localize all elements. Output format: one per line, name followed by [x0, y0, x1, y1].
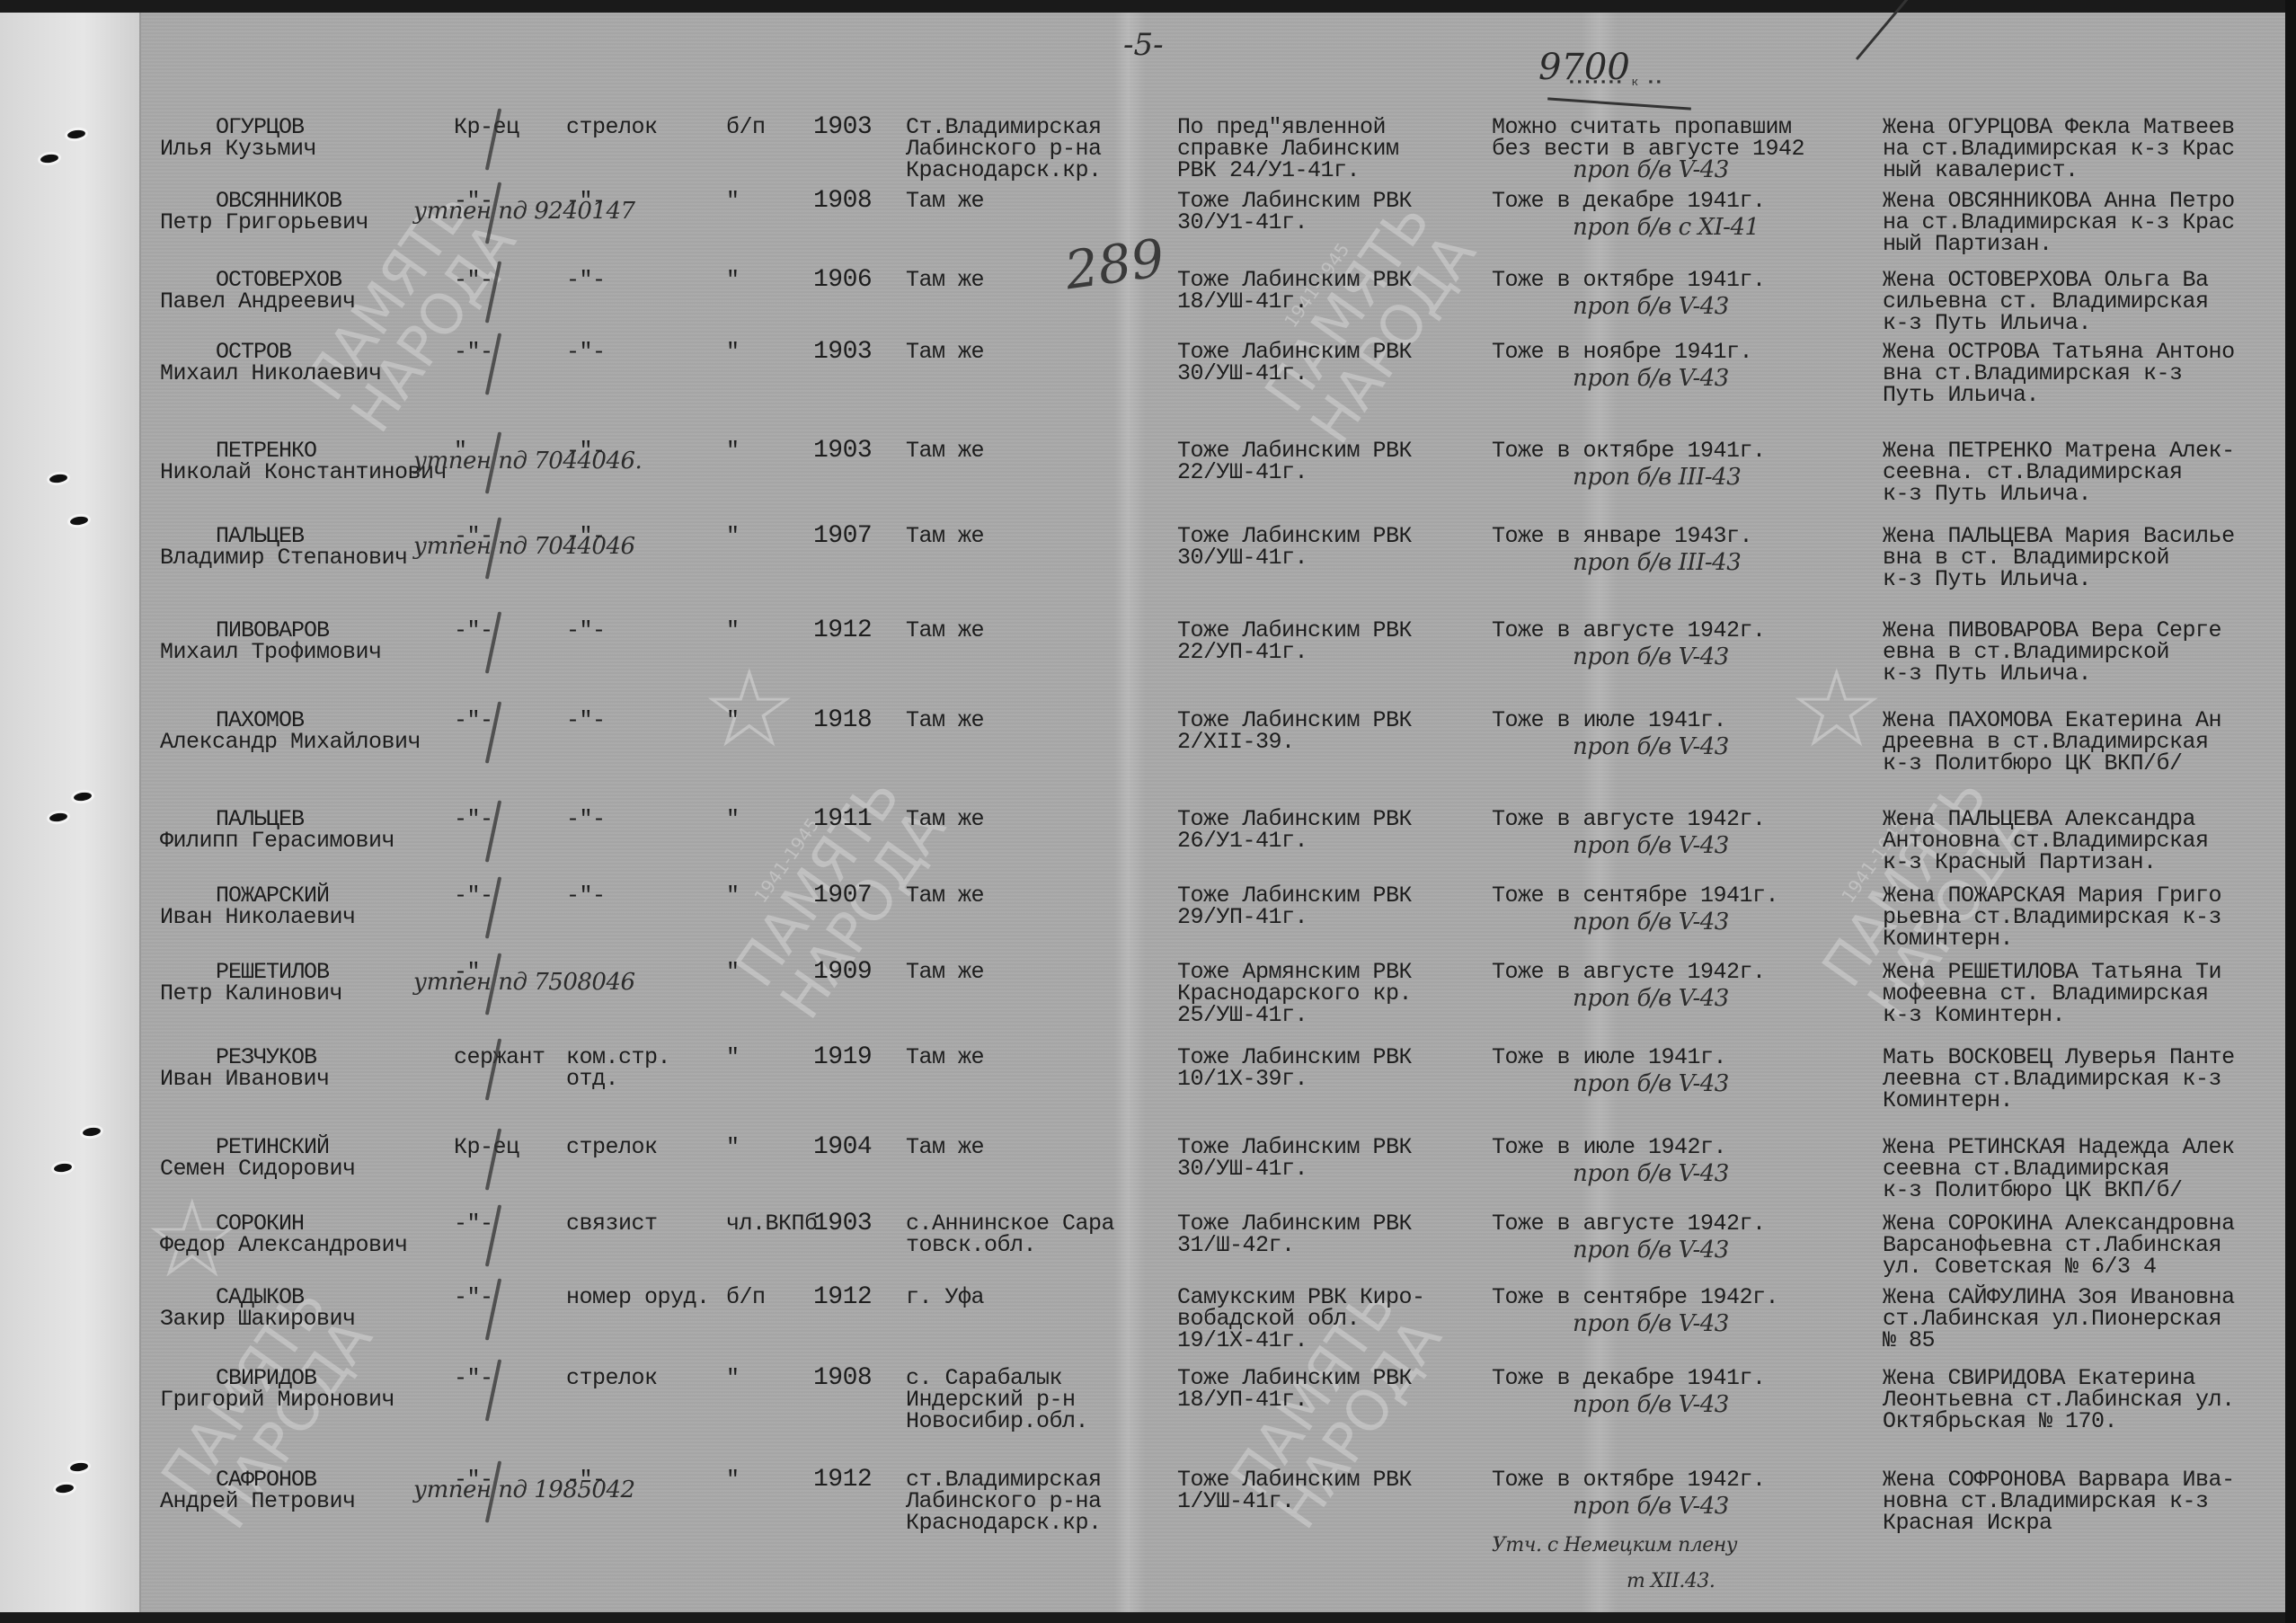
birth-year: 1907: [813, 885, 872, 907]
handwritten-annotation: т XII.43.: [1627, 1570, 1715, 1592]
party-membership: ": [726, 962, 740, 983]
given-names: Петр Григорьевич: [160, 212, 368, 234]
party-membership: ": [726, 620, 740, 642]
enlisted-by-line: 25/УШ-41г.: [1177, 1005, 1308, 1026]
position: стрелок: [566, 117, 658, 138]
handwritten-note: проп б/в V-43: [1573, 1237, 1729, 1264]
given-names: Андрей Петрович: [160, 1491, 356, 1512]
party-membership: ": [726, 710, 740, 732]
birthplace-line: Там же: [906, 1137, 984, 1158]
next-of-kin-line: к-з Путь Ильича.: [1883, 663, 2091, 685]
next-of-kin-line: к-з Путь Ильича.: [1883, 313, 2091, 334]
missing-since-line: Тоже в ноябре 1941г.: [1492, 341, 1752, 363]
rank: -"-: [454, 341, 493, 363]
enlisted-by-line: РВК 24/У1-41г.: [1177, 160, 1360, 182]
rank: сержант: [454, 1047, 545, 1069]
enlisted-by-line: 30/УШ-41г.: [1177, 547, 1308, 569]
party-membership: б/п: [726, 1287, 766, 1308]
rank: -"-: [454, 710, 493, 732]
position: стрелок: [566, 1137, 658, 1158]
given-names: Иван Николаевич: [160, 907, 356, 928]
scan-edge: [2285, 0, 2296, 1623]
rank: -"-: [454, 1287, 493, 1308]
given-names: Иван Иванович: [160, 1069, 330, 1090]
handwritten-note: проп б/в V-43: [1573, 293, 1729, 320]
position: -"-: [566, 809, 606, 830]
party-membership: ": [726, 526, 740, 547]
missing-since-line: Тоже в августе 1942г.: [1492, 1213, 1766, 1235]
handwritten-note: проп б/в V-43: [1573, 156, 1729, 183]
handwritten-note: проп б/в III-43: [1573, 549, 1741, 576]
missing-since-line: Тоже в августе 1942г.: [1492, 620, 1766, 642]
birth-year: 1911: [813, 809, 872, 830]
binding-margin: [0, 13, 141, 1612]
enlisted-by-line: 18/УП-41г.: [1177, 1389, 1308, 1411]
next-of-kin-line: ул. Советская № 6/3 4: [1883, 1256, 2157, 1278]
enlisted-by-line: 30/У1-41г.: [1177, 212, 1308, 234]
birth-year: 1912: [813, 620, 872, 642]
missing-since-line: Тоже в январе 1943г.: [1492, 526, 1752, 547]
enlisted-by-line: 29/УП-41г.: [1177, 907, 1308, 928]
rank: -"-: [454, 620, 493, 642]
birthplace-line: Краснодарск.кр.: [906, 1512, 1102, 1534]
handwritten-annotation: Утч. с Немецким плену: [1492, 1534, 1737, 1556]
birth-year: 1903: [813, 117, 872, 138]
handwritten-note: проп б/в с XI-41: [1573, 214, 1760, 241]
rank: -"-: [454, 270, 493, 291]
birthplace-line: товск.обл.: [906, 1235, 1036, 1256]
party-membership: ": [726, 885, 740, 907]
given-names: Петр Калинович: [160, 983, 342, 1005]
birth-year: 1903: [813, 440, 872, 462]
party-membership: ": [726, 341, 740, 363]
missing-since-line: Тоже в октябре 1941г.: [1492, 440, 1766, 462]
stamp-number: 9700: [1538, 47, 1630, 88]
handwritten-side-note: утпен пд 7508046: [413, 969, 635, 996]
position: -"-: [566, 270, 606, 291]
birth-year: 1919: [813, 1047, 872, 1069]
next-of-kin-line: Коминтерн.: [1883, 928, 2013, 950]
next-of-kin-line: к-з Политбюро ЦК ВКП/б/: [1883, 753, 2183, 775]
party-membership: ": [726, 1047, 740, 1069]
rank: Кр-ец: [454, 117, 519, 138]
rank: -"-: [454, 1368, 493, 1389]
position: ком.стр. отд.: [566, 1047, 670, 1090]
handwritten-note: проп б/в V-43: [1573, 643, 1729, 670]
birthplace-line: Там же: [906, 710, 984, 732]
birthplace-line: Там же: [906, 191, 984, 212]
birth-year: 1903: [813, 341, 872, 363]
given-names: Закир Шакирович: [160, 1308, 356, 1330]
handwritten-side-note: утпен пд 1985042: [413, 1477, 635, 1503]
next-of-kin-line: № 85: [1883, 1330, 1935, 1352]
birth-year: 1907: [813, 526, 872, 547]
party-membership: ": [726, 1469, 740, 1491]
party-membership: ": [726, 191, 740, 212]
rank: Кр-ец: [454, 1137, 519, 1158]
given-names: Григорий Миронович: [160, 1389, 394, 1411]
handwritten-note: проп б/в V-43: [1573, 733, 1729, 760]
enlisted-by-line: 2/XII-39.: [1177, 732, 1295, 753]
birth-year: 1903: [813, 1213, 872, 1235]
party-membership: ": [726, 270, 740, 291]
handwritten-note: проп б/в V-43: [1573, 832, 1729, 859]
birthplace-line: Там же: [906, 440, 984, 462]
handwritten-note: проп б/в V-43: [1573, 909, 1729, 936]
position: -"-: [566, 710, 606, 732]
missing-since-line: Тоже в октябре 1941г.: [1492, 270, 1766, 291]
given-names: Михаил Николаевич: [160, 363, 382, 385]
position: связист: [566, 1213, 658, 1235]
given-names: Владимир Степанович: [160, 547, 408, 569]
missing-since-line: Тоже в декабре 1941г.: [1492, 1368, 1766, 1389]
enlisted-by-line: 26/У1-41г.: [1177, 830, 1308, 852]
enlisted-by-line: 1/УШ-41г.: [1177, 1491, 1295, 1512]
position: стрелок: [566, 1368, 658, 1389]
enlisted-by-line: 22/УШ-41г.: [1177, 462, 1308, 483]
party-membership: ": [726, 1368, 740, 1389]
handwritten-note: проп б/в V-43: [1573, 1070, 1729, 1097]
party-membership: б/п: [726, 117, 766, 138]
birthplace-line: Там же: [906, 809, 984, 830]
handwritten-side-note: утпен пд 9240147: [413, 198, 635, 225]
missing-since-line: Тоже в сентябре 1941г.: [1492, 885, 1778, 907]
birthplace-line: Там же: [906, 1047, 984, 1069]
birthplace-line: Там же: [906, 885, 984, 907]
next-of-kin-line: Коминтерн.: [1883, 1090, 2013, 1112]
given-names: Михаил Трофимович: [160, 642, 382, 663]
position: номер оруд.: [566, 1287, 710, 1308]
birthplace-line: Там же: [906, 341, 984, 363]
handwritten-side-note: утпен пд 7044046.: [413, 448, 642, 474]
enlisted-by-line: 10/1X-39г.: [1177, 1069, 1308, 1090]
handwritten-note: проп б/в V-43: [1573, 985, 1729, 1012]
missing-since-line: Тоже в июле 1942г.: [1492, 1137, 1726, 1158]
missing-since-line: Тоже в июле 1941г.: [1492, 1047, 1726, 1069]
next-of-kin-line: к-з Политбюро ЦК ВКП/б/: [1883, 1180, 2183, 1202]
party-membership: ": [726, 809, 740, 830]
enlisted-by-line: 31/Ш-42г.: [1177, 1235, 1295, 1256]
rank: -"-: [454, 1213, 493, 1235]
given-names: Александр Михайлович: [160, 732, 421, 753]
rank: -"-: [454, 809, 493, 830]
birthplace-line: г. Уфа: [906, 1287, 984, 1308]
page-number: -5-: [1123, 27, 1164, 63]
enlisted-by-line: 18/УШ-41г.: [1177, 291, 1308, 313]
birthplace-line: Там же: [906, 526, 984, 547]
birth-year: 1909: [813, 962, 872, 983]
birth-year: 1906: [813, 270, 872, 291]
next-of-kin-line: Красная Искра: [1883, 1512, 2052, 1534]
next-of-kin-line: Путь Ильича.: [1883, 385, 2039, 406]
missing-since-line: Тоже в июле 1941г.: [1492, 710, 1726, 732]
birth-year: 1918: [813, 710, 872, 732]
birthplace-line: Там же: [906, 620, 984, 642]
given-names: Филипп Герасимович: [160, 830, 394, 852]
next-of-kin-line: ный кавалерист.: [1883, 160, 2079, 182]
birth-year: 1904: [813, 1137, 872, 1158]
birth-year: 1912: [813, 1469, 872, 1491]
missing-since-line: Тоже в августе 1942г.: [1492, 962, 1766, 983]
enlisted-by-line: 30/УШ-41г.: [1177, 363, 1308, 385]
handwritten-note: проп б/в V-43: [1573, 365, 1729, 392]
handwritten-note: проп б/в III-43: [1573, 464, 1741, 491]
enlisted-by-line: 30/УШ-41г.: [1177, 1158, 1308, 1180]
given-names: Семен Сидорович: [160, 1158, 356, 1180]
next-of-kin-line: к-з Путь Ильича.: [1883, 569, 2091, 590]
next-of-kin-line: Октябрьская № 170.: [1883, 1411, 2117, 1432]
next-of-kin-line: к-з Путь Ильича.: [1883, 483, 2091, 505]
position: -"-: [566, 341, 606, 363]
enlisted-by-line: 19/1X-41г.: [1177, 1330, 1308, 1352]
missing-since-line: Тоже в августе 1942г.: [1492, 809, 1766, 830]
position: -"-: [566, 620, 606, 642]
birth-year: 1908: [813, 191, 872, 212]
missing-since-line: Тоже в сентябре 1942г.: [1492, 1287, 1778, 1308]
watermark-star-icon: ☆: [701, 656, 798, 764]
party-membership: ": [726, 440, 740, 462]
next-of-kin-line: к-з Коминтерн.: [1883, 1005, 2065, 1026]
missing-since-line: Тоже в октябре 1942г.: [1492, 1469, 1766, 1491]
given-names: Павел Андреевич: [160, 291, 356, 313]
enlisted-by-line: 22/УП-41г.: [1177, 642, 1308, 663]
party-membership: ": [726, 1137, 740, 1158]
handwritten-note: проп б/в V-43: [1573, 1391, 1729, 1418]
rank: -"-: [454, 885, 493, 907]
next-of-kin-line: ный Партизан.: [1883, 234, 2052, 255]
birthplace-line: Новосибир.обл.: [906, 1411, 1088, 1432]
birth-year: 1908: [813, 1368, 872, 1389]
handwritten-side-note: утпен пд 7044046: [413, 533, 635, 560]
birthplace-line: Там же: [906, 270, 984, 291]
birth-year: 1912: [813, 1287, 872, 1308]
missing-since-line: Тоже в декабре 1941г.: [1492, 191, 1766, 212]
given-names: Федор Александрович: [160, 1235, 408, 1256]
handwritten-note: проп б/в V-43: [1573, 1493, 1729, 1520]
given-names: Илья Кузьмич: [160, 138, 316, 160]
watermark-star-icon: ☆: [1788, 656, 1885, 764]
position: -"-: [566, 885, 606, 907]
next-of-kin-line: к-з Красный Партизан.: [1883, 852, 2157, 874]
birthplace-line: Краснодарск.кр.: [906, 160, 1102, 182]
handwritten-note: проп б/в V-43: [1573, 1160, 1729, 1187]
birthplace-line: Там же: [906, 962, 984, 983]
party-membership: чл.ВКПб: [726, 1213, 818, 1235]
given-names: Николай Константинович: [160, 462, 447, 483]
handwritten-note: проп б/в V-43: [1573, 1310, 1729, 1337]
